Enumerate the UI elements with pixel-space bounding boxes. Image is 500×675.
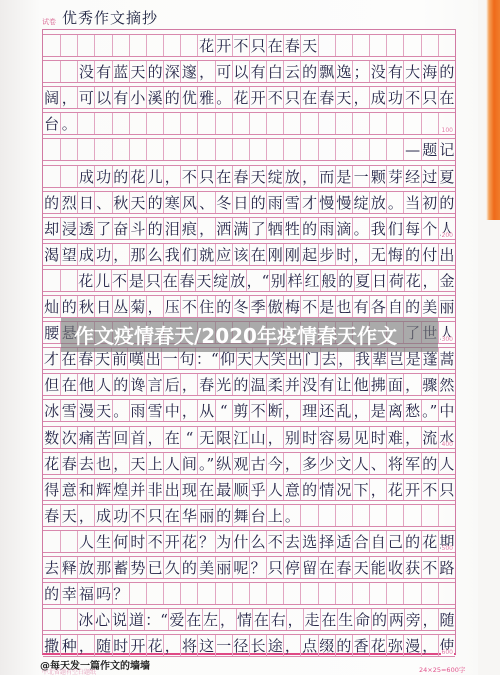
grid-cell: 只	[438, 479, 455, 500]
char-count-marker: 200	[441, 233, 454, 239]
grid-cell: 。	[352, 218, 369, 239]
grid-cell: 阔	[43, 87, 60, 108]
grid-cell: 军	[403, 453, 420, 474]
grid-cell	[94, 113, 111, 134]
grid-cell: 的	[421, 453, 438, 474]
grid-cell	[180, 139, 197, 160]
grid-cell: 天	[249, 166, 266, 187]
grid-cell: 日	[232, 192, 249, 213]
grid-cell: 绽	[212, 270, 229, 291]
grid-cell: 漫	[403, 635, 420, 656]
grid-cell: 自	[386, 296, 403, 317]
grid-cell: 天	[94, 400, 111, 421]
grid-cell: 我	[369, 218, 386, 239]
grid-cell	[266, 113, 283, 134]
grid-cell	[43, 35, 60, 56]
grid-cell: 夏	[438, 166, 455, 187]
grid-cell: 可	[77, 87, 94, 108]
grid-cell: 的	[215, 505, 232, 526]
grid-cell: 成	[94, 505, 111, 526]
grid-cell	[60, 61, 77, 82]
grid-cell: 随	[94, 635, 111, 656]
grid-cell: ，	[421, 609, 438, 630]
grid-cell: 。	[60, 113, 77, 134]
grid-cell: 么	[146, 244, 163, 265]
grid-cell: 不	[180, 296, 197, 317]
grid-cell: 不	[403, 87, 420, 108]
grid-cell: 少	[318, 453, 335, 474]
grid-cell: 是	[127, 270, 144, 291]
grid-cell: 还	[318, 400, 335, 421]
grid-row: 的幸福吗？	[43, 582, 455, 605]
grid-cell: 天	[335, 87, 352, 108]
grid-cell: 小	[129, 87, 146, 108]
grid-cell	[129, 113, 146, 134]
grid-cell: 谗	[129, 374, 146, 395]
grid-cell: 泪	[163, 218, 180, 239]
grid-cell	[129, 35, 146, 56]
grid-cell: 时	[112, 635, 129, 656]
grid-cell	[318, 505, 335, 526]
grid-cell: 刚	[266, 244, 283, 265]
grid-cell: 径	[232, 635, 249, 656]
grid-cell: 春	[318, 87, 335, 108]
grid-cell: 并	[129, 479, 146, 500]
grid-cell	[300, 583, 317, 604]
grid-cell	[60, 35, 77, 56]
grid-cell: 出	[163, 479, 180, 500]
grid-cell: 花	[197, 35, 214, 56]
grid-cell: 开	[249, 87, 266, 108]
grid-cell: 成	[77, 166, 94, 187]
grid-cell: ，	[112, 244, 129, 265]
grid-cell: 一	[352, 166, 369, 187]
grid-cell: 春	[232, 166, 249, 187]
grid-cell: 花	[180, 531, 197, 552]
grid-cell: 雪	[283, 192, 300, 213]
grid-cell: 去	[283, 531, 300, 552]
grid-cell: 步	[318, 244, 335, 265]
grid-cell: 不	[266, 531, 283, 552]
grid-cell: ，	[352, 244, 369, 265]
grid-cell: 的	[300, 218, 317, 239]
grid-cell: 秋	[77, 296, 94, 317]
grid-cell: 在	[161, 270, 178, 291]
grid-cell: 辉	[94, 479, 111, 500]
grid-cell: 人	[163, 453, 180, 474]
grid-cell: 、	[94, 192, 111, 213]
grid-cell: 的	[43, 192, 60, 213]
grid-cell: 冰	[77, 609, 94, 630]
grid-cell: 上	[146, 453, 163, 474]
grid-cell: 柔	[266, 374, 283, 395]
grid-cell: 多	[300, 453, 317, 474]
grid-cell: 儿	[94, 270, 111, 291]
grid-cell: 么	[249, 531, 266, 552]
grid-cell: 限	[215, 427, 232, 448]
grid-cell: 天	[60, 505, 77, 526]
grid-cell: 在	[197, 479, 214, 500]
grid-cell	[60, 166, 77, 187]
grid-cell: 天	[129, 61, 146, 82]
grid-cell: 在	[60, 374, 77, 395]
grid-cell: 理	[300, 400, 317, 421]
grid-cell	[180, 583, 197, 604]
grid-cell: 台	[43, 113, 60, 134]
grid-cell	[163, 113, 180, 134]
grid-cell: ，	[77, 505, 94, 526]
overlay-title: 作文疫情春天/2020年疫情春天作文	[74, 320, 397, 349]
grid-cell: 在	[163, 505, 180, 526]
grid-cell	[335, 583, 352, 604]
grid-cell: 在	[318, 557, 335, 578]
grid-cell: 春	[335, 557, 352, 578]
grid-cell	[438, 505, 455, 526]
grid-cell: 不	[266, 87, 283, 108]
grid-cell	[386, 35, 403, 56]
grid-cell: 不	[111, 270, 128, 291]
grid-cell	[43, 61, 60, 82]
grid-cell: 选	[300, 531, 317, 552]
grid-cell: 古	[249, 453, 266, 474]
grid-cell: 久	[163, 557, 180, 578]
grid-cell: 绽	[266, 166, 283, 187]
grid-cell: 样	[286, 270, 303, 291]
grid-cell: 雪	[60, 400, 77, 421]
grid-cell: 过	[421, 166, 438, 187]
grid-cell: 那	[94, 557, 111, 578]
grid-cell	[421, 583, 438, 604]
grid-cell: 冬	[232, 296, 249, 317]
grid-cell: 花	[386, 479, 403, 500]
grid-cell: 天	[129, 192, 146, 213]
grid-cell: 他	[77, 374, 94, 395]
grid-cell	[300, 113, 317, 134]
grid-cell: 时	[369, 427, 386, 448]
grid-cell: 不	[180, 166, 197, 187]
grid-cell: 儿	[146, 166, 163, 187]
grid-cell: 斗	[129, 218, 146, 239]
grid-cell: 生	[94, 531, 111, 552]
grid-cell: ，	[283, 635, 300, 656]
grid-cell: 功	[94, 166, 111, 187]
grid-cell: 开	[403, 479, 420, 500]
grid-cell: 花	[146, 635, 163, 656]
grid-cell: 。	[283, 505, 300, 526]
grid-cell: 住	[197, 296, 214, 317]
grid-cell: 也	[335, 296, 352, 317]
grid-cell: 天	[352, 557, 369, 578]
grid-cell: 寒	[163, 192, 180, 213]
grid-cell: 红	[303, 270, 320, 291]
grid-cell: 有	[386, 61, 403, 82]
grid-cell: 颗	[369, 166, 386, 187]
grid-cell: 了	[94, 218, 111, 239]
grid-cell: 牺	[266, 218, 283, 239]
grid-cell: 。	[215, 87, 232, 108]
grid-cell: 光	[215, 374, 232, 395]
grid-cell	[60, 609, 77, 630]
grid-cell: 今	[266, 453, 283, 474]
grid-cell: 洒	[215, 218, 232, 239]
grid-row: —题记	[43, 138, 455, 161]
grid-cell: 然	[438, 374, 455, 395]
grid-cell	[266, 583, 283, 604]
grid-cell: 梅	[283, 296, 300, 317]
grid-cell	[386, 505, 403, 526]
grid-cell: 飘	[318, 61, 335, 82]
grid-cell	[112, 113, 129, 134]
grid-cell: 愁	[403, 400, 420, 421]
grid-cell: 乎	[249, 479, 266, 500]
grid-cell: 去	[43, 557, 60, 578]
grid-cell	[352, 113, 369, 134]
grid-cell: ，	[163, 166, 180, 187]
grid-cell: 们	[386, 218, 403, 239]
grid-cell: 骤	[421, 374, 438, 395]
grid-cell: 断	[266, 400, 283, 421]
grid-cell	[352, 583, 369, 604]
grid-cell	[232, 139, 249, 160]
grid-cell: 却	[43, 218, 60, 239]
grid-cell: ，	[219, 609, 236, 630]
grid-cell: ，	[77, 635, 94, 656]
grid-cell: 路	[438, 557, 455, 578]
grid-cell: 雨	[129, 400, 146, 421]
grid-cell	[60, 270, 77, 291]
grid-cell: 最	[215, 479, 232, 500]
grid-cell: 不	[249, 400, 266, 421]
grid-cell: 留	[300, 557, 317, 578]
grid-cell: 开	[163, 531, 180, 552]
grid-cell: 浸	[60, 218, 77, 239]
grid-cell: 开	[129, 635, 146, 656]
grid-cell: 金	[438, 270, 455, 291]
grid-cell: 得	[43, 479, 60, 500]
grid-cell: 后	[163, 374, 180, 395]
grid-cell: ，	[180, 374, 197, 395]
grid-cell: 渴	[43, 244, 60, 265]
grid-cell: 在	[215, 166, 232, 187]
grid-cell: ？	[112, 583, 129, 604]
grid-cell: 中	[438, 400, 455, 421]
grid-cell: 不	[421, 479, 438, 500]
grid-cell	[112, 35, 129, 56]
grid-cell: 时	[300, 427, 317, 448]
grid-cell: 傲	[266, 296, 283, 317]
grid-cell	[146, 35, 163, 56]
grid-cell: 为	[215, 531, 232, 552]
grid-cell: 苦	[94, 427, 111, 448]
grid-cell	[369, 113, 386, 134]
grid-cell: 释	[60, 557, 77, 578]
grid-cell: 随	[438, 609, 455, 630]
grid-cell: 是	[369, 400, 386, 421]
grid-cell: 初	[421, 192, 438, 213]
grid-cell: 和	[77, 479, 94, 500]
grid-cell: 但	[43, 374, 60, 395]
sheet-tag: 试卷	[42, 17, 56, 27]
grid-cell: 付	[421, 244, 438, 265]
grid-cell	[283, 113, 300, 134]
grid-cell	[215, 139, 232, 160]
grid-cell: 江	[232, 427, 249, 448]
grid-cell	[403, 113, 420, 134]
grid-cell: 慢	[335, 192, 352, 213]
grid-cell: 没	[300, 374, 317, 395]
grid-cell: 停	[283, 557, 300, 578]
grid-row: 人生何时不开花？为什么不去选择适合自己的花期500	[43, 530, 455, 553]
grid-cell	[421, 505, 438, 526]
grid-cell: 只	[144, 270, 161, 291]
grid-cell: 般	[320, 270, 337, 291]
grid-cell: 芽	[386, 166, 403, 187]
grid-cell: 以	[94, 87, 111, 108]
grid-cell: 的	[371, 609, 388, 630]
grid-cell: 人	[77, 531, 94, 552]
grid-cell: 痛	[77, 427, 94, 448]
grid-cell: 的	[403, 244, 420, 265]
grid-cell: 奋	[112, 218, 129, 239]
grid-cell	[266, 139, 283, 160]
grid-cell: 日	[94, 296, 111, 317]
grid-cell: ，	[369, 479, 386, 500]
grid-cell: 才	[300, 192, 317, 213]
grid-cell: 道	[127, 609, 144, 630]
grid-cell: 容	[318, 427, 335, 448]
grid-cell: ，	[112, 453, 129, 474]
grid-cell: 观	[232, 453, 249, 474]
grid-row: 去释放那蓄势已久的美丽呢？只停留在春天能收获不路	[43, 556, 455, 579]
grid-cell: 的	[180, 557, 197, 578]
grid-cell	[94, 139, 111, 160]
grid-cell: 非	[146, 479, 163, 500]
char-count-marker: 600	[441, 650, 454, 656]
grid-cell	[438, 583, 455, 604]
grid-cell: 何	[112, 531, 129, 552]
grid-cell: 当	[403, 192, 420, 213]
grid-cell	[249, 583, 266, 604]
grid-cell: 并	[283, 374, 300, 395]
grid-cell	[60, 531, 77, 552]
grid-cell: 易	[335, 427, 352, 448]
grid-cell	[77, 113, 94, 134]
grid-cell: 的	[146, 218, 163, 239]
grid-cell: 该	[232, 244, 249, 265]
grid-cell	[146, 113, 163, 134]
grid-cell: 在	[438, 87, 455, 108]
grid-cell: ，	[197, 218, 214, 239]
grid-cell: 日	[77, 192, 94, 213]
grid-cell: 放	[369, 192, 386, 213]
grid-cell: 有	[112, 87, 129, 108]
grid-row: 春天，成功不只在华丽的舞台上。	[43, 504, 455, 527]
grid-cell: 撒	[43, 635, 60, 656]
grid-cell: 获	[403, 557, 420, 578]
grid-cell: 季	[249, 296, 266, 317]
grid-cell	[403, 35, 420, 56]
grid-cell: 花	[232, 87, 249, 108]
grid-cell: 悔	[386, 244, 403, 265]
grid-cell: 合	[352, 531, 369, 552]
grid-cell: 右	[269, 609, 286, 630]
grid-cell: 难	[386, 427, 403, 448]
grid-cell	[163, 583, 180, 604]
grid-cell: 而	[318, 166, 335, 187]
grid-cell: 爱	[168, 609, 185, 630]
grid-cell	[318, 35, 335, 56]
grid-cell: 夏	[354, 270, 371, 291]
grid-cell	[129, 139, 146, 160]
grid-cell: 美	[421, 296, 438, 317]
sheet-title: 优秀作文摘抄	[62, 7, 174, 30]
grid-cell: 只	[249, 35, 266, 56]
grid-cell: 什	[232, 531, 249, 552]
grid-cell: 心	[94, 609, 111, 630]
grid-cell: 择	[318, 531, 335, 552]
grid-cell: ，“	[246, 270, 270, 291]
grid-cell: “	[215, 400, 232, 421]
grid-cell: 收	[386, 557, 403, 578]
grid-cell: 剪	[232, 400, 249, 421]
grid-cell	[335, 505, 352, 526]
grid-cell: 回	[112, 427, 129, 448]
grid-cell: 只	[146, 505, 163, 526]
grid-cell: 冬	[215, 192, 232, 213]
grid-cell: 刚	[283, 244, 300, 265]
grid-cell: 慢	[318, 192, 335, 213]
grid-cell	[163, 139, 180, 160]
grid-cell: ，	[300, 166, 317, 187]
grid-cell: 花	[129, 166, 146, 187]
grid-cell: 在	[185, 609, 202, 630]
grid-cell: 春	[178, 270, 195, 291]
grid-cell: 花	[43, 453, 60, 474]
grid-row: 冰心说道：“爱在左，情在右，走在生命的两旁，随	[43, 608, 455, 631]
grid-cell: 香	[352, 635, 369, 656]
grid-cell	[318, 113, 335, 134]
grid-cell: 别	[283, 427, 300, 448]
grid-cell: 美	[197, 557, 214, 578]
grid-row: 撒种，随时开花，将这一径长途，点缀的香花弥漫，使600	[43, 634, 455, 657]
grid-cell: 自	[369, 531, 386, 552]
grid-cell: 开	[215, 35, 232, 56]
grid-cell: 只	[283, 87, 300, 108]
grid-cell: ，	[403, 374, 420, 395]
grid-cell: 放	[229, 270, 246, 291]
grid-cell: 纵	[215, 453, 232, 474]
grid-cell: 经	[403, 166, 420, 187]
grid-cell: 丽	[197, 505, 214, 526]
grid-cell: 适	[335, 531, 352, 552]
grid-cell	[386, 113, 403, 134]
grid-cell: 记	[438, 139, 455, 160]
grid-cell: 花	[404, 270, 421, 291]
grid-row: 的烈日、秋天的寒风、冬日的雨雪才慢慢绽放。当初的	[43, 191, 455, 214]
grid-cell: 不	[300, 296, 317, 317]
grid-cell: 说	[111, 609, 128, 630]
grid-cell: 花	[421, 531, 438, 552]
grid-cell	[43, 270, 60, 291]
grid-cell: ，	[146, 427, 163, 448]
grid-cell: 丛	[112, 296, 129, 317]
grid-cell: ；	[352, 61, 369, 82]
grid-cell	[369, 505, 386, 526]
grid-cell: ，	[283, 453, 300, 474]
grid-cell: 只	[197, 166, 214, 187]
grid-cell: 人	[438, 453, 455, 474]
grid-cell: 命	[354, 609, 371, 630]
